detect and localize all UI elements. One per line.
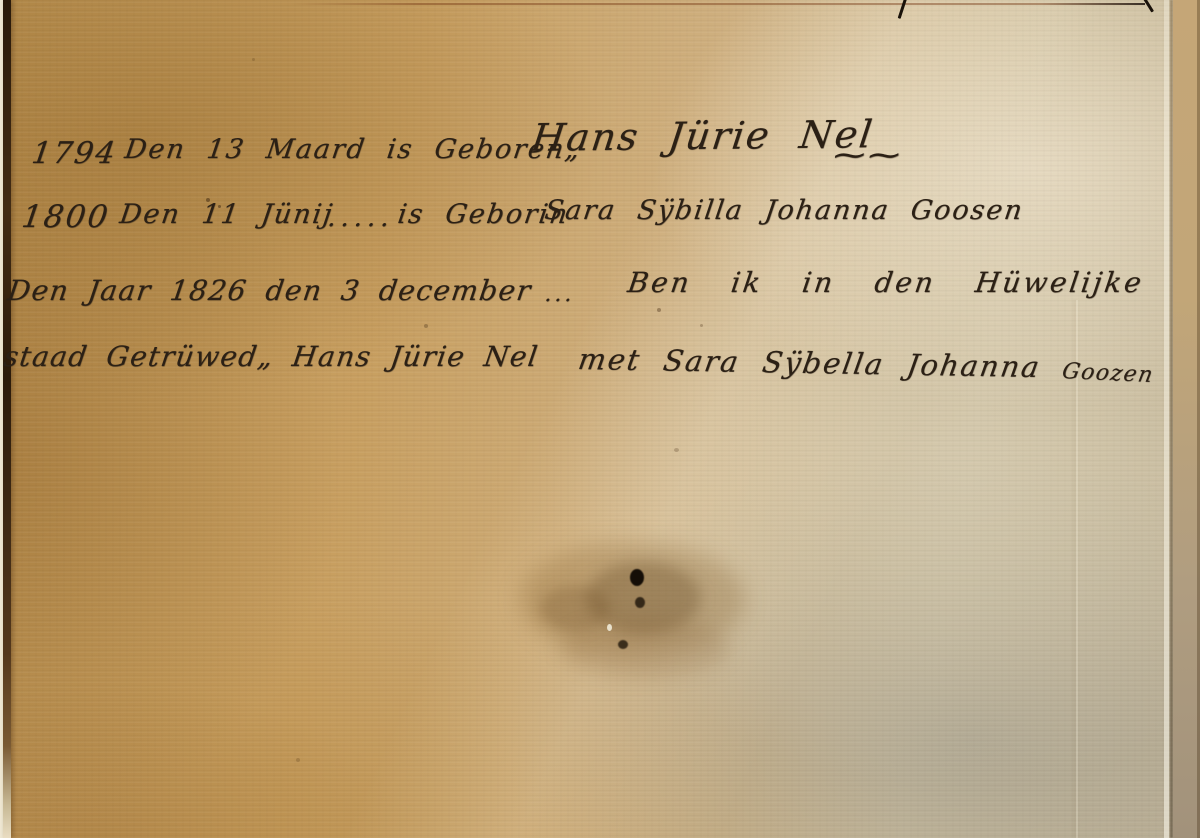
white-fleck [607, 624, 612, 631]
speck [657, 308, 661, 312]
handwriting-marriage-date: Den Jaar 1826 den 3 december [6, 274, 534, 307]
handwriting-name-sara-goosen: Sara Sÿbilla Johanna Goosen [543, 195, 1026, 226]
speck [700, 324, 703, 327]
handwriting-getrouwd-hans: staad Getrüwed„ Hans Jürie Nel [2, 340, 541, 373]
handwriting-dots-small: ... [543, 282, 576, 307]
stain-trail [560, 618, 730, 678]
top-page-edge-line [290, 3, 1145, 5]
ink-dot-medium [635, 597, 645, 608]
handwriting-year-1800: 1800 [19, 199, 112, 235]
register-page-photo: 1794 Den 13 Maard is Geboren„ Hans Jürie… [0, 0, 1200, 838]
speck [424, 324, 428, 328]
binding-edge-shadow [3, 0, 11, 838]
handwriting-dots: ..... [326, 203, 397, 233]
adjacent-page-strip [1173, 0, 1200, 838]
handwriting-name-hans-jurie-nel: Hans Jürie Nel [529, 112, 877, 160]
fold-highlight [1164, 0, 1169, 838]
speck [252, 58, 255, 61]
speck [206, 198, 210, 202]
speck [674, 448, 679, 452]
speck [296, 758, 300, 762]
handwriting-ben-ik-huwelijke: Ben ik in den Hüwelijke [626, 266, 1146, 299]
handwriting-flourish: ~~ [828, 138, 902, 173]
handwriting-year-1794: 1794 [30, 136, 120, 171]
handwriting-goozen: Goozen [1060, 359, 1156, 388]
speck [218, 205, 221, 208]
ink-dot-small [618, 640, 628, 649]
handwriting-birth-sara-date: Den 11 Jünij [118, 199, 336, 230]
ink-dot-large [630, 569, 644, 586]
handwriting-birth-hans-text: Den 13 Maard is Geboren„ [123, 134, 583, 165]
